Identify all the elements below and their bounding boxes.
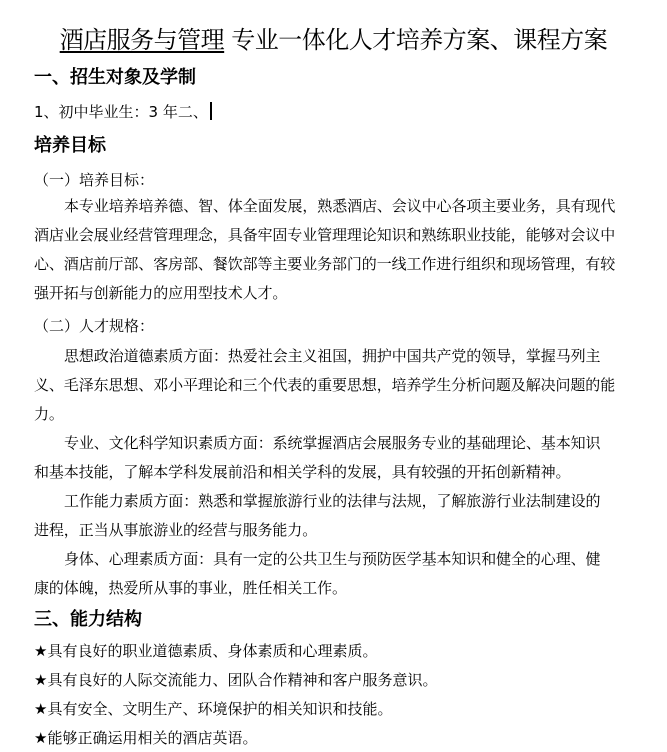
ability-item: ★具有安全、文明生产、环境保护的相关知识和技能。	[34, 699, 392, 719]
spec-moral-line-3: 力。	[34, 404, 64, 424]
section-heading-abilities: 三、能力结构	[34, 608, 142, 632]
title-rest: 专业一体化人才培养方案、课程方案	[224, 26, 607, 54]
star-icon: ★	[34, 671, 47, 689]
document-page[interactable]: 酒店服务与管理 专业一体化人才培养方案、课程方案 一、招生对象及学制 1、初中毕…	[0, 0, 667, 752]
goals-line-3: 心、酒店前厅部、客房部、餐饮部等主要业务部门的一线工作进行组织和现场管理，有较	[34, 254, 615, 274]
spec-health-line-2: 康的体魄，热爱所从事的事业，胜任相关工作。	[34, 578, 347, 598]
spec-moral-line-1: 思想政治道德素质方面：热爱社会主义祖国，拥护中国共产党的领导，掌握马列主	[34, 346, 600, 366]
ability-item-text: 能够正确运用相关的酒店英语。	[47, 729, 257, 747]
ability-item: ★能够正确运用相关的酒店英语。	[34, 728, 257, 748]
spec-work-line-1: 工作能力素质方面：熟悉和掌握旅游行业的法律与法规，了解旅游行业法制建设的	[34, 491, 600, 511]
document-title: 酒店服务与管理 专业一体化人才培养方案、课程方案	[0, 24, 667, 56]
ability-item: ★具有良好的职业道德素质、身体素质和心理素质。	[34, 641, 377, 661]
title-underlined-part: 酒店服务与管理	[60, 26, 225, 54]
goals-line-4: 强开拓与创新能力的应用型技术人才。	[34, 283, 287, 303]
ability-item-text: 具有良好的人际交流能力、团队合作精神和客户服务意识。	[47, 671, 437, 689]
star-icon: ★	[34, 700, 47, 718]
section-heading-goals: 培养目标	[34, 134, 106, 158]
star-icon: ★	[34, 642, 47, 660]
spec-knowledge-line-2: 和基本技能，了解本学科发展前沿和相关学科的发展，具有较强的开拓创新精神。	[34, 462, 570, 482]
subheading-training-goals: （一）培养目标：	[34, 170, 154, 190]
subheading-talent-specs: （二）人才规格：	[34, 316, 154, 336]
spec-work-line-2: 进程，正当从事旅游业的经营与服务能力。	[34, 520, 317, 540]
enrollment-item-text: 1、初中毕业生：3 年二、	[34, 103, 208, 121]
spec-health-line-1: 身体、心理素质方面：具有一定的公共卫生与预防医学基本知识和健全的心理、健	[34, 549, 600, 569]
ability-item-text: 具有良好的职业道德素质、身体素质和心理素质。	[47, 642, 377, 660]
section-heading-enrollment: 一、招生对象及学制	[34, 66, 196, 90]
text-cursor	[210, 102, 212, 120]
enrollment-item[interactable]: 1、初中毕业生：3 年二、	[34, 102, 212, 122]
goals-line-1: 本专业培养培养德、智、体全面发展，熟悉酒店、会议中心各项主要业务，具有现代	[34, 196, 615, 216]
ability-item-text: 具有安全、文明生产、环境保护的相关知识和技能。	[47, 700, 392, 718]
spec-knowledge-line-1: 专业、文化科学知识素质方面：系统掌握酒店会展服务专业的基础理论、基本知识	[34, 433, 600, 453]
star-icon: ★	[34, 729, 47, 747]
ability-item: ★具有良好的人际交流能力、团队合作精神和客户服务意识。	[34, 670, 437, 690]
goals-line-2: 酒店业会展业经营管理理念，具备牢固专业管理理论知识和熟练职业技能，能够对会议中	[34, 225, 615, 245]
spec-moral-line-2: 义、毛泽东思想、邓小平理论和三个代表的重要思想，培养学生分析问题及解决问题的能	[34, 375, 615, 395]
